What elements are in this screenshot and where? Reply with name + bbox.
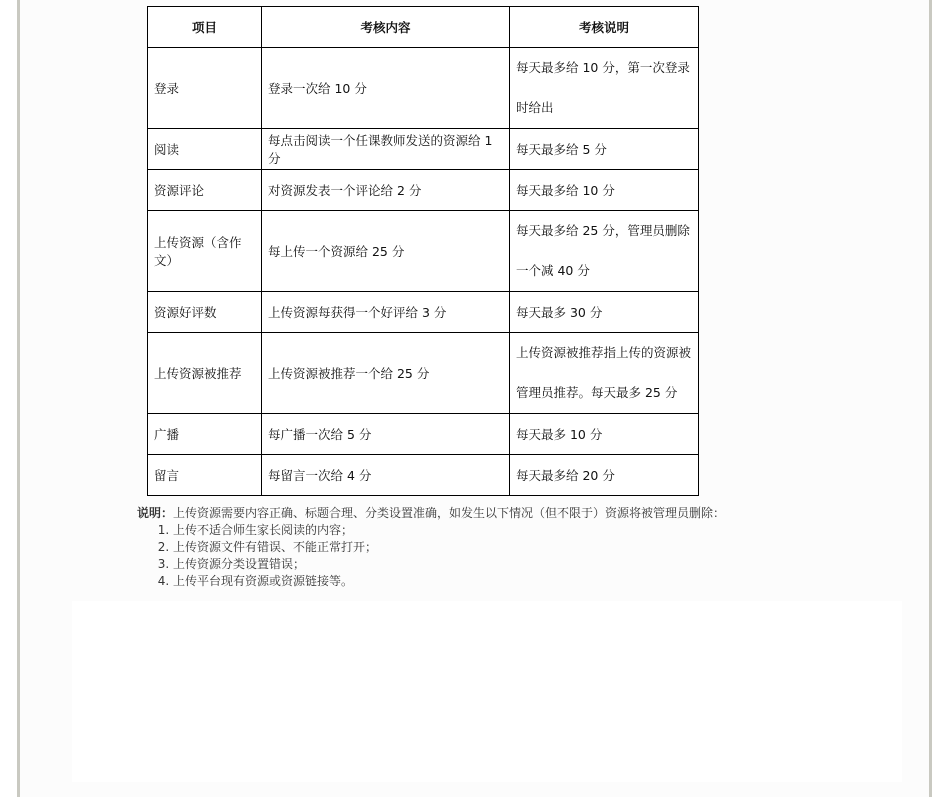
cell-note: 每天最多给 25 分，管理员删除一个减 40 分 [510,211,699,292]
cell-item: 登录 [148,48,262,129]
header-content: 考核内容 [262,7,510,48]
cell-content: 登录一次给 10 分 [262,48,510,129]
notes-intro: 上传资源需要内容正确、标题合理、分类设置准确，如发生以下情况（但不限于）资源将被… [173,506,725,520]
cell-content: 每广播一次给 5 分 [262,414,510,455]
table-row: 上传资源被推荐 上传资源被推荐一个给 25 分 上传资源被推荐指上传的资源被管理… [148,333,699,414]
scoring-rules-table: 项目 考核内容 考核说明 登录 登录一次给 10 分 每天最多给 10 分，第一… [147,6,699,496]
cell-content: 每留言一次给 4 分 [262,455,510,496]
cell-item: 留言 [148,455,262,496]
table-row: 登录 登录一次给 10 分 每天最多给 10 分，第一次登录时给出 [148,48,699,129]
cell-note: 每天最多给 5 分 [510,129,699,170]
notes-intro-line: 说明：上传资源需要内容正确、标题合理、分类设置准确，如发生以下情况（但不限于）资… [137,505,725,522]
cell-item: 广播 [148,414,262,455]
cell-note: 每天最多 30 分 [510,292,699,333]
list-item: 上传平台现有资源或资源链接等。 [173,573,725,590]
header-item: 项目 [148,7,262,48]
table-row: 资源评论 对资源发表一个评论给 2 分 每天最多给 10 分 [148,170,699,211]
cell-note: 每天最多给 10 分，第一次登录时给出 [510,48,699,129]
cell-content: 每点击阅读一个任课教师发送的资源给 1 分 [262,129,510,170]
cell-content: 上传资源每获得一个好评给 3 分 [262,292,510,333]
cell-note: 上传资源被推荐指上传的资源被管理员推荐。每天最多 25 分 [510,333,699,414]
cell-item: 上传资源被推荐 [148,333,262,414]
table-row: 上传资源（含作文） 每上传一个资源给 25 分 每天最多给 25 分，管理员删除… [148,211,699,292]
list-item: 上传资源文件有错误、不能正常打开； [173,539,725,556]
header-note: 考核说明 [510,7,699,48]
cell-content: 对资源发表一个评论给 2 分 [262,170,510,211]
table-row: 广播 每广播一次给 5 分 每天最多 10 分 [148,414,699,455]
blank-content-panel [72,601,902,782]
cell-content: 上传资源被推荐一个给 25 分 [262,333,510,414]
table-row: 资源好评数 上传资源每获得一个好评给 3 分 每天最多 30 分 [148,292,699,333]
deletion-notes: 说明：上传资源需要内容正确、标题合理、分类设置准确，如发生以下情况（但不限于）资… [137,505,725,590]
table-row: 留言 每留言一次给 4 分 每天最多给 20 分 [148,455,699,496]
cell-item: 上传资源（含作文） [148,211,262,292]
cell-item: 资源评论 [148,170,262,211]
cell-note: 每天最多 10 分 [510,414,699,455]
deletion-reasons-list: 上传不适合师生家长阅读的内容； 上传资源文件有错误、不能正常打开； 上传资源分类… [137,522,725,590]
list-item: 上传不适合师生家长阅读的内容； [173,522,725,539]
table-row: 阅读 每点击阅读一个任课教师发送的资源给 1 分 每天最多给 5 分 [148,129,699,170]
cell-item: 资源好评数 [148,292,262,333]
cell-item: 阅读 [148,129,262,170]
table-header-row: 项目 考核内容 考核说明 [148,7,699,48]
notes-label: 说明： [137,506,173,520]
cell-content: 每上传一个资源给 25 分 [262,211,510,292]
cell-note: 每天最多给 20 分 [510,455,699,496]
list-item: 上传资源分类设置错误； [173,556,725,573]
cell-note: 每天最多给 10 分 [510,170,699,211]
